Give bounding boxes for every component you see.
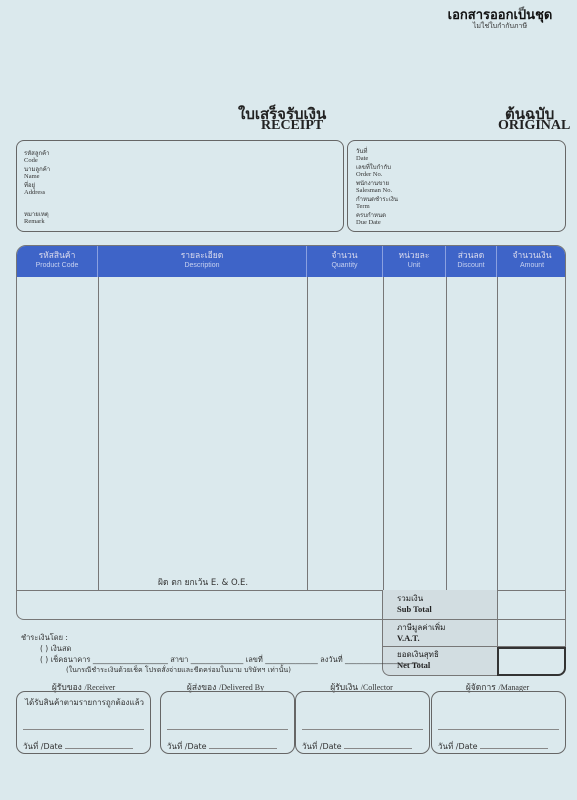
field-customer-name[interactable]: นามลูกค้า Name [24,166,50,180]
amount-in-words-area [16,590,383,620]
signature-line [23,729,144,730]
collector-date: วันที่ /Date [302,740,424,753]
signature-line [167,729,288,730]
table-header: รหัสสินค้าProduct Code รายละเอียดDescrip… [17,246,565,277]
column-divider [446,277,447,590]
field-address[interactable]: ที่อยู่ Address [24,182,45,196]
column-divider [98,277,99,590]
vat-value[interactable] [497,620,566,647]
customer-info-box: รหัสลูกค้า Code นามลูกค้า Name ที่อยู่ A… [16,140,344,232]
order-info-box: วันที่ Date เลขที่ใบกำกับ Order No. พนัก… [347,140,566,232]
copy-type-english: ORIGINAL [498,118,570,134]
column-header-product-code: รหัสสินค้าProduct Code [17,246,98,277]
column-header-quantity: จำนวนQuantity [307,246,383,277]
field-date[interactable]: วันที่ Date [356,148,368,162]
subtotal-label: รวมเงินSub Total [382,590,497,620]
vat-label: ภาษีมูลค่าเพิ่มV.A.T. [382,620,497,647]
column-header-discount: ส่วนลดDiscount [446,246,497,277]
subtotal-value[interactable] [497,590,566,620]
signature-line [302,729,423,730]
signature-line [438,729,559,730]
column-divider [497,277,498,590]
errors-omissions-note: ผิด ตก ยกเว้น E. & O.E. [158,575,248,589]
delivered-by-date: วันที่ /Date [167,740,289,753]
delivered-by-signature-box[interactable]: วันที่ /Date [160,691,295,754]
field-salesman-no[interactable]: พนักงานขาย Salesman No. [356,180,392,194]
receiver-signature-box[interactable]: ได้รับสินค้าตามรายการถูกต้องแล้ว วันที่ … [16,691,151,754]
column-header-unit: หน่วยละUnit [383,246,446,277]
field-order-no[interactable]: เลขที่ใบกำกับ Order No. [356,164,391,178]
items-table: รหัสสินค้าProduct Code รายละเอียดDescrip… [16,245,566,591]
field-due-date[interactable]: ครบกำหนด Due Date [356,212,386,226]
receiver-confirmation-note: ได้รับสินค้าตามรายการถูกต้องแล้ว [25,696,144,709]
collector-signature-box[interactable]: วันที่ /Date [295,691,430,754]
not-tax-invoice-note: ไม่ใช่ใบกำกับภาษี [430,21,570,32]
column-divider [307,277,308,590]
column-header-amount: จำนวนเงินAmount [497,246,566,277]
cheque-note: (ในกรณีชำระเงินด้วยเช็ค โปรดสั่งจ่ายและข… [66,665,291,676]
column-divider [383,277,384,590]
manager-date: วันที่ /Date [438,740,560,753]
field-remark[interactable]: หมายเหตุ Remark [24,211,49,225]
field-term[interactable]: กำหนดชำระเงิน Term [356,196,398,210]
net-total-value[interactable] [497,647,566,676]
title-english: RECEIPT [261,118,323,134]
receiver-date: วันที่ /Date [23,740,145,753]
column-header-description: รายละเอียดDescription [98,246,307,277]
manager-signature-box[interactable]: วันที่ /Date [431,691,566,754]
field-customer-code[interactable]: รหัสลูกค้า Code [24,150,50,164]
